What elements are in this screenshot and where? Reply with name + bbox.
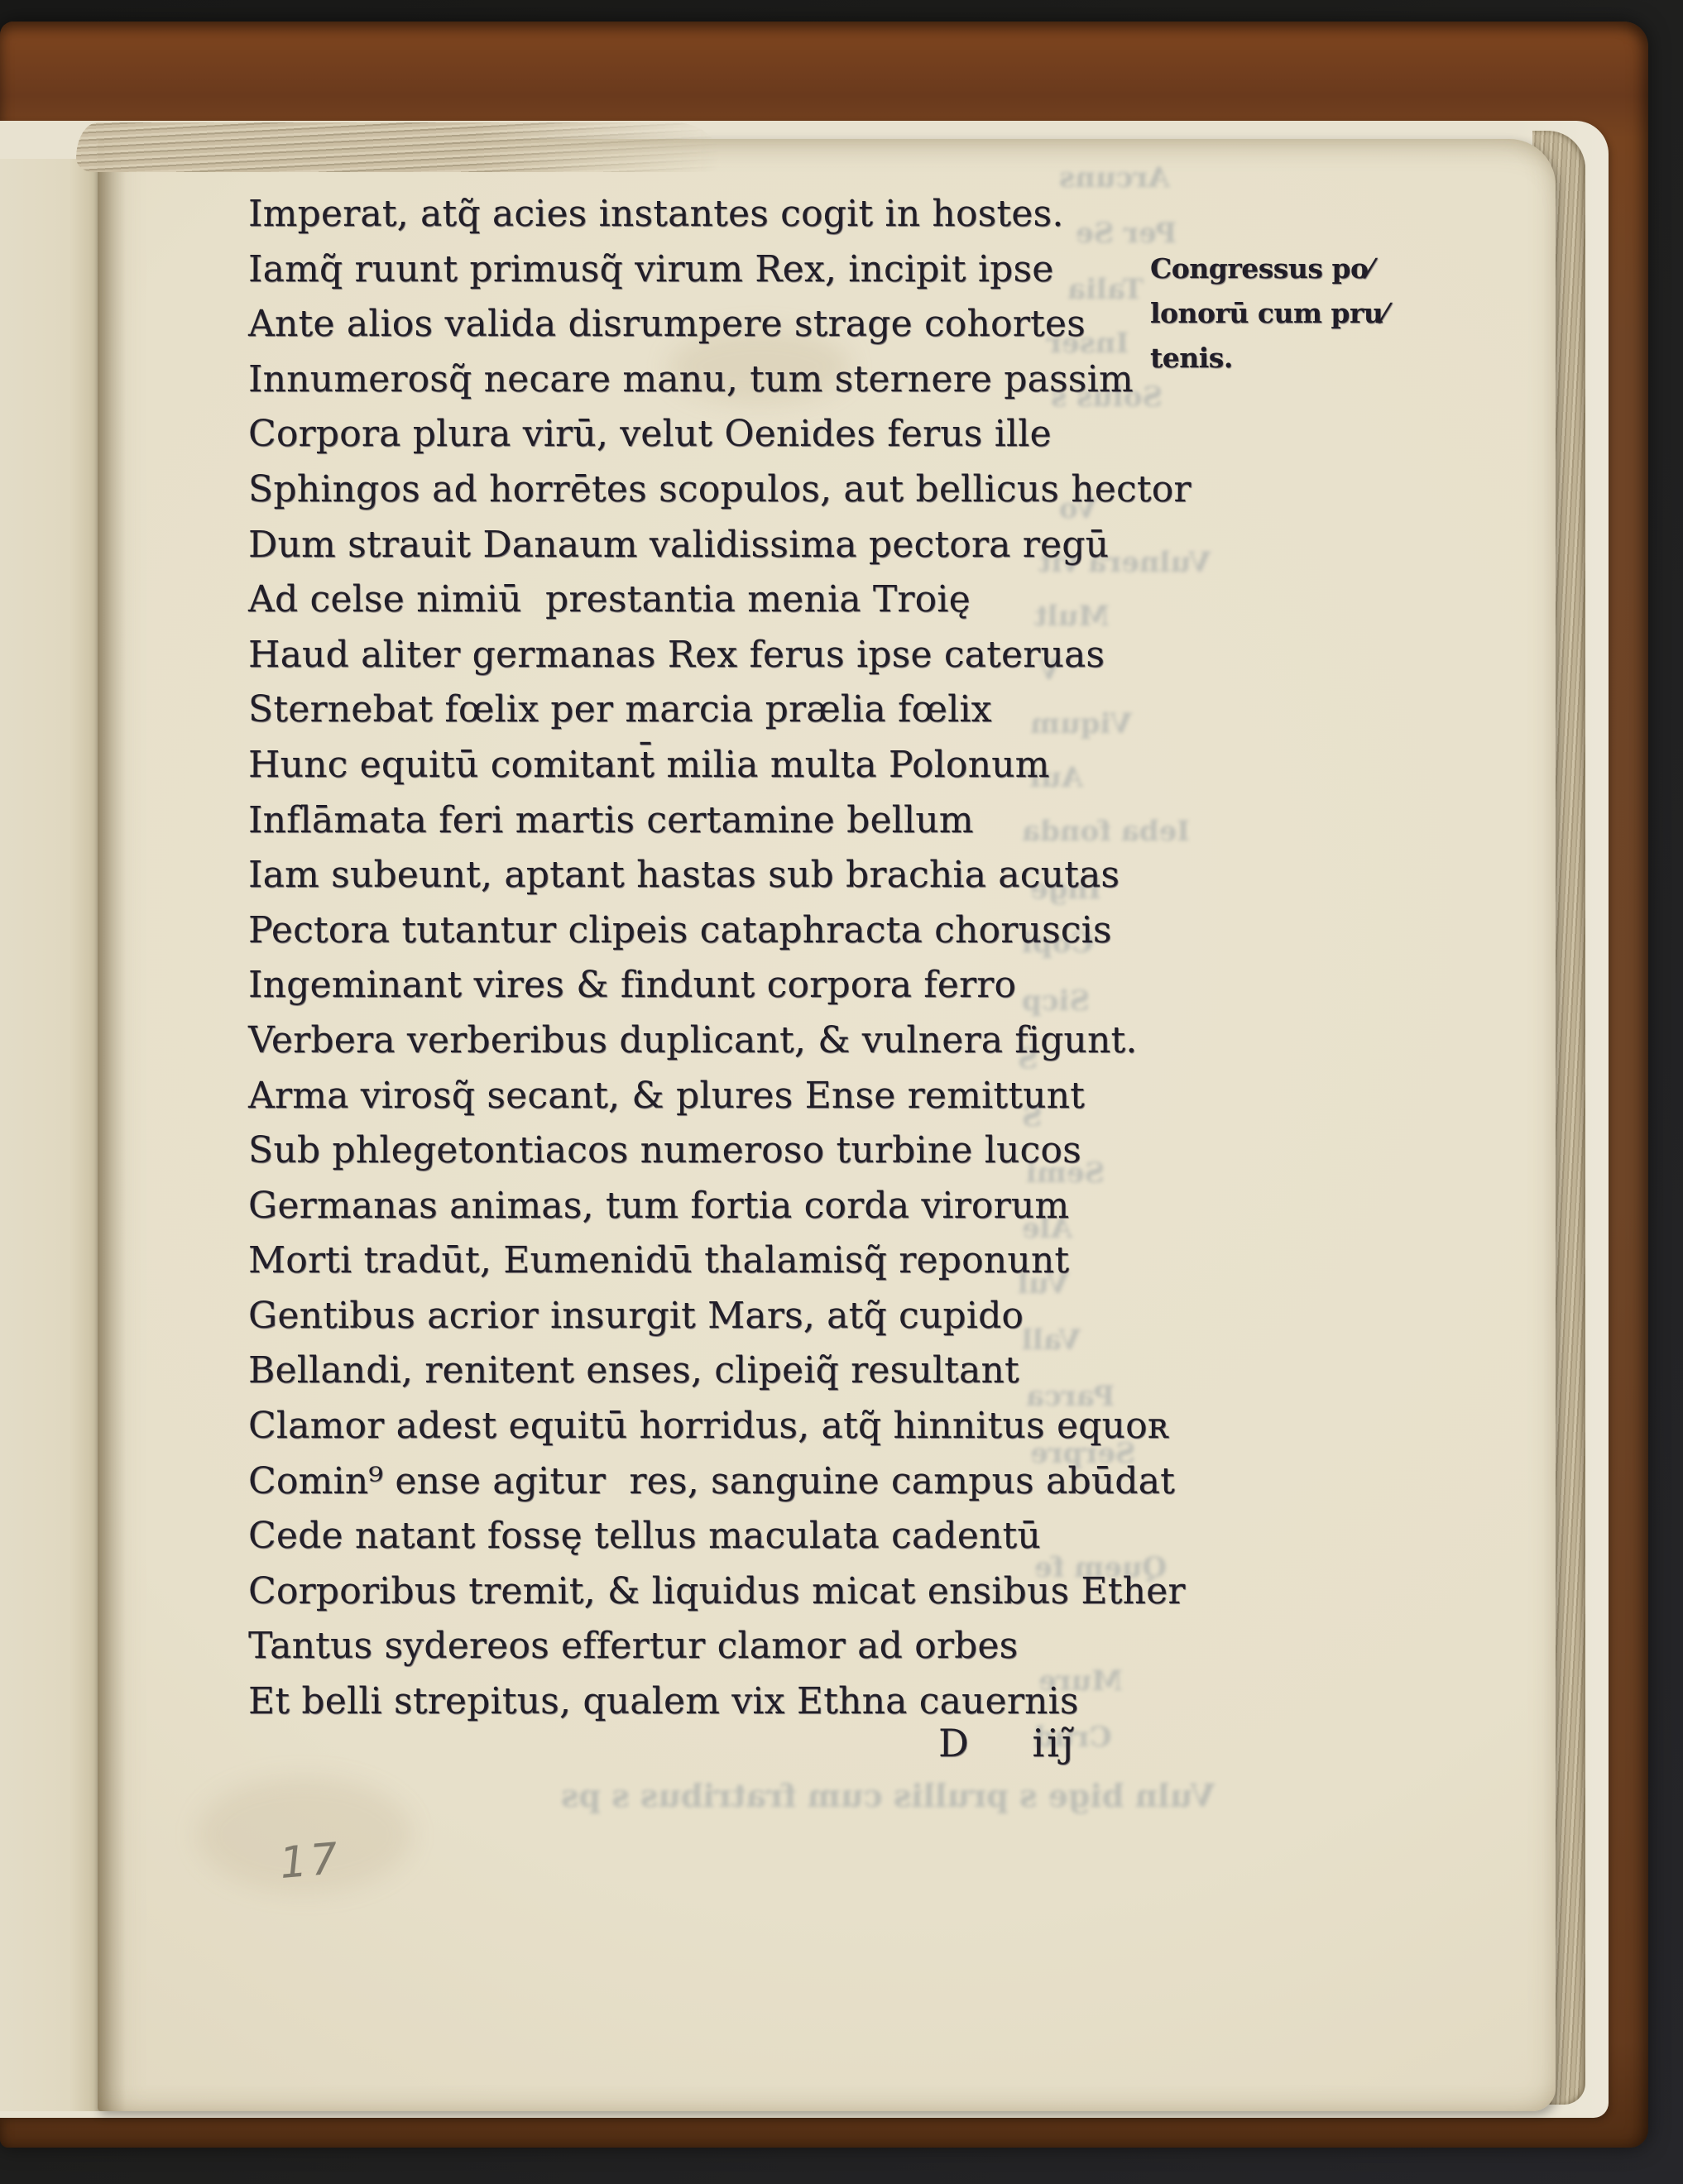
verse-line: Imperat, atq̃ acies instantes cogit in h…	[248, 187, 1192, 242]
verse-line: Morti tradūt, Eumenidū thalamisq̃ reponu…	[248, 1233, 1192, 1289]
showthrough-fragment: Vuln bige s prullis cum fratribus s ps	[561, 1777, 1215, 1814]
margin-note: Congressus po⁄lonorū cum pru⁄tenis.	[1150, 247, 1423, 381]
verse-line: Haud aliter germanas Rex ferus ipse cate…	[248, 628, 1192, 683]
book-page: ArcunsPer SeTaliaInserSolus sVoVulnera v…	[98, 139, 1556, 2111]
verse-line: Bellandi, renitent enses, clipeiq̃ resul…	[248, 1343, 1192, 1399]
verse-line: Iam subeunt, aptant hastas sub brachia a…	[248, 848, 1192, 903]
verse-line: Arma virosq̃ secant, & plures Ense remit…	[248, 1069, 1192, 1124]
verse-line: Tantus sydereos effertur clamor ad orbes	[248, 1619, 1192, 1674]
verse-line: Verbera verberibus duplicant, & vulnera …	[248, 1013, 1192, 1069]
verse-line: Cede natant fossę tellus maculata cadent…	[248, 1509, 1192, 1564]
page-stack-top-edge	[76, 122, 722, 172]
verse-line: Gentibus acrior insurgit Mars, atq̃ cupi…	[248, 1289, 1192, 1344]
verse-line: Pectora tutantur clipeis cataphracta cho…	[248, 903, 1192, 959]
verse-line: Ante alios valida disrumpere strage coho…	[248, 297, 1192, 352]
verse-line: Iamq̃ ruunt primusq̃ virum Rex, incipit …	[248, 242, 1192, 298]
verse-line: Germanas animas, tum fortia corda viroru…	[248, 1179, 1192, 1234]
verse-line: Ad celse nimiū prestantia menia Troię	[248, 572, 1192, 628]
facing-page-sliver	[0, 159, 104, 2111]
book-scan: ArcunsPer SeTaliaInserSolus sVoVulnera v…	[0, 0, 1683, 2184]
verse-line: Sternebat fœlix per marcia prælia fœlix	[248, 682, 1192, 738]
verse-line: Sphingos ad horrētes scopulos, aut belli…	[248, 462, 1192, 518]
verse-line: Sub phlegetontiacos numeroso turbine luc…	[248, 1123, 1192, 1179]
verse-line: Innumerosq̃ necare manu, tum sternere pa…	[248, 352, 1192, 408]
verse-lines: Imperat, atq̃ acies instantes cogit in h…	[248, 187, 1192, 1730]
margin-note-line: Congressus po⁄	[1150, 247, 1423, 291]
verse-line: Clamor adest equitū horridus, atq̃ hinni…	[248, 1399, 1192, 1454]
gutter-crease	[98, 139, 126, 2111]
verse-line: Comin⁹ ense agitur res, sanguine campus …	[248, 1454, 1192, 1510]
verse-line: Ingeminant vires & findunt corpora ferro	[248, 958, 1192, 1013]
signature-mark: D iij̃	[938, 1721, 1076, 1765]
margin-note-line: lonorū cum pru⁄	[1150, 291, 1423, 336]
verse-line: Dum strauit Danaum validissima pectora r…	[248, 518, 1192, 573]
verse-line: Inflāmata feri martis certamine bellum	[248, 793, 1192, 849]
verse-line: Corporibus tremit, & liquidus micat ensi…	[248, 1564, 1192, 1620]
margin-note-line: tenis.	[1150, 336, 1423, 381]
verse-line: Hunc equitū comitant̄ milia multa Polonu…	[248, 738, 1192, 793]
verse-line: Corpora plura virū, velut Oenides ferus …	[248, 407, 1192, 462]
handwritten-page-number: 17	[278, 1834, 343, 1889]
